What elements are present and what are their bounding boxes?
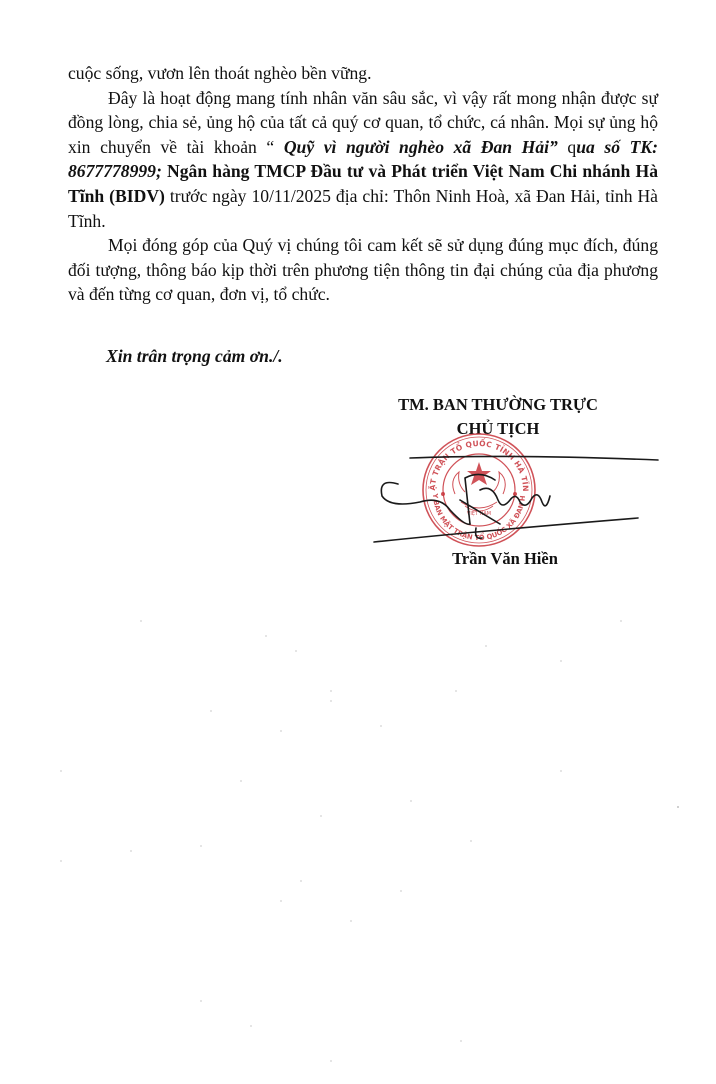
scan-speck (330, 1060, 332, 1062)
scan-speck (400, 890, 402, 892)
scan-speck (455, 690, 457, 692)
scan-speck (560, 660, 562, 662)
scan-speck (60, 770, 62, 772)
account-prefix: q (558, 137, 576, 157)
scan-speck (265, 635, 267, 637)
paragraph-appeal: Đây là hoạt động mang tính nhân văn sâu … (68, 86, 658, 234)
scan-speck (330, 700, 332, 702)
scan-speck (295, 650, 297, 652)
scan-speck (410, 800, 412, 802)
scan-speck (200, 845, 202, 847)
paragraph-commitment: Mọi đóng góp của Quý vị chúng tôi cam kế… (68, 233, 658, 307)
scan-speck (200, 1000, 202, 1002)
scan-speck (677, 806, 679, 808)
fund-name: Quỹ vì người nghèo xã Đan Hải” (284, 137, 558, 157)
scan-speck (60, 860, 62, 862)
scan-speck (130, 850, 132, 852)
scan-speck (560, 770, 562, 772)
handwritten-signature-icon (370, 440, 660, 550)
scan-speck (470, 840, 472, 842)
paragraph-continuation: cuộc sống, vươn lên thoát nghèo bền vững… (68, 61, 658, 86)
signature-on-behalf: TM. BAN THƯỜNG TRỰC (360, 395, 636, 415)
scan-speck (460, 1040, 462, 1042)
scan-speck (485, 645, 487, 647)
scan-speck (620, 620, 622, 622)
scan-speck (320, 815, 322, 817)
scan-speck (280, 730, 282, 732)
letter-body: cuộc sống, vươn lên thoát nghèo bền vững… (68, 61, 658, 307)
scan-speck (300, 880, 302, 882)
scan-speck (210, 710, 212, 712)
scan-speck (380, 725, 382, 727)
scan-speck (330, 690, 332, 692)
document-page: cuộc sống, vươn lên thoát nghèo bền vững… (0, 0, 716, 1084)
scan-speck (350, 920, 352, 922)
signatory-name: Trần Văn Hiền (360, 549, 650, 569)
scan-speck (250, 1025, 252, 1027)
scan-speck (280, 900, 282, 902)
closing-line: Xin trân trọng cảm ơn./. (106, 346, 283, 367)
scan-speck (140, 620, 142, 622)
scan-speck (240, 780, 242, 782)
